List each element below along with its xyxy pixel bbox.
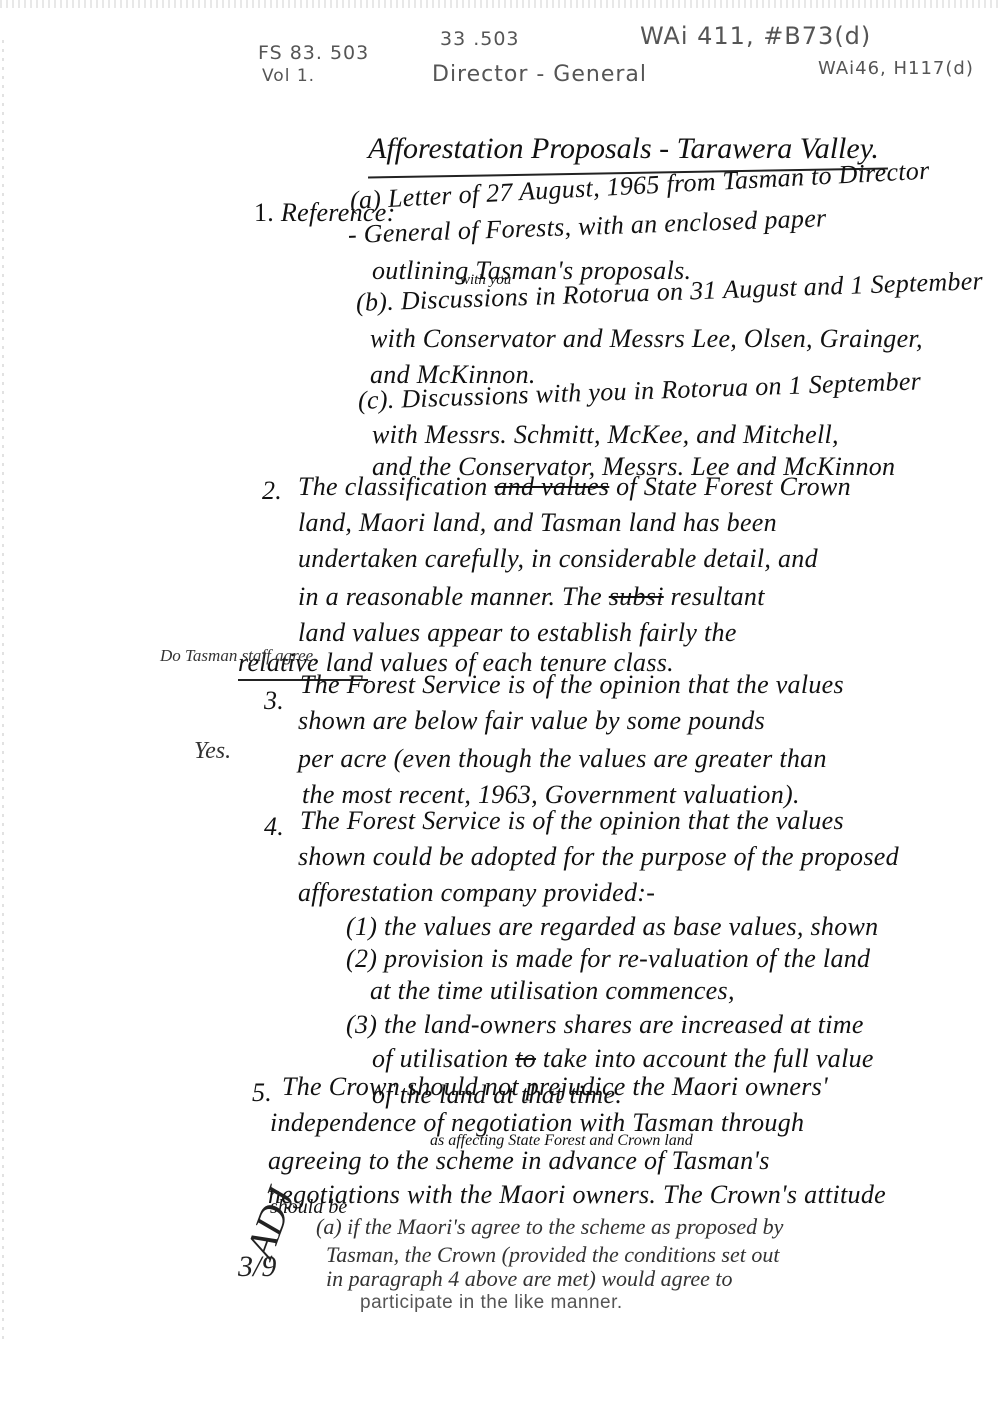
p4-item-3-line-1: (3) the land-owners shares are increased… <box>346 1010 864 1040</box>
archive-ref-2: WAi46, H117(d) <box>818 58 974 79</box>
paragraph-number: 3. <box>264 686 284 716</box>
initials-date: 3/9 <box>238 1250 276 1284</box>
reference-c-line-2: with Messrs. Schmitt, McKee, and Mitchel… <box>372 420 839 450</box>
margin-note-yes: Yes. <box>194 738 231 765</box>
p2-line-4-a: in a reasonable manner. The <box>298 582 602 611</box>
p5-sub-line-4: participate in the like manner. <box>360 1292 623 1314</box>
paragraph-number: 2. <box>262 476 282 506</box>
p4-item-2-line-2: at the time utilisation commences, <box>370 976 735 1006</box>
file-ref-left: FS 83. 503 <box>258 42 369 64</box>
p5-line-4: negotiations with the Maori owners. The … <box>268 1180 886 1210</box>
p2-line-2: land, Maori land, and Tasman land has be… <box>298 508 777 538</box>
p4-item-1: (1) the values are regarded as base valu… <box>346 912 878 942</box>
p4-line-3: afforestation company provided:- <box>298 878 655 908</box>
p4-struck-text: to <box>515 1044 536 1073</box>
volume-label: Vol 1. <box>262 66 315 86</box>
p2-line-5: land values appear to establish fairly t… <box>298 618 737 648</box>
p2-line-1-a: The classification <box>298 472 488 501</box>
p5-sub-line-1: (a) if the Maori's agree to the scheme a… <box>316 1214 783 1240</box>
p2-line-4-b: resultant <box>671 582 765 611</box>
archive-ref-1: WAi 411, #B73(d) <box>640 22 871 50</box>
p3-line-1: The Forest Service is of the opinion tha… <box>300 670 844 700</box>
p2-line-3: undertaken carefully, in considerable de… <box>298 544 818 574</box>
p5-line-3: agreeing to the scheme in advance of Tas… <box>268 1146 770 1176</box>
paragraph-number: 5. <box>252 1078 272 1108</box>
paragraph-number: 1. <box>254 198 274 227</box>
p4-line-1: The Forest Service is of the opinion tha… <box>300 806 844 836</box>
scan-edge-artifact <box>0 0 1000 8</box>
paragraph-number: 4. <box>264 812 284 842</box>
reference-b-line-2: with Conservator and Messrs Lee, Olsen, … <box>370 324 923 354</box>
file-ref-center: 33 .503 <box>440 28 520 50</box>
scan-left-edge-artifact <box>2 40 4 1340</box>
p2-struck-text-2: subsi <box>609 582 664 611</box>
p3-line-2: shown are below fair value by some pound… <box>298 706 765 736</box>
addressee: Director - General <box>432 62 647 87</box>
margin-note-query: Do Tasman staff agree. <box>160 646 317 666</box>
document-title: Afforestation Proposals - Tarawera Valle… <box>368 132 879 166</box>
p2-line-1-b: of State Forest Crown <box>616 472 851 501</box>
p4-line-2: shown could be adopted for the purpose o… <box>298 842 899 872</box>
p4-item-2-line-1: (2) provision is made for re-valuation o… <box>346 944 870 974</box>
p2-struck-text: and values <box>494 472 609 501</box>
p4-item-3-line-2-b: take into account the full value <box>543 1044 874 1073</box>
p4-item-3-line-2-a: of utilisation <box>372 1044 508 1073</box>
p5-line-1: The Crown should not prejudice the Maori… <box>282 1072 828 1102</box>
p3-line-3: per acre (even though the values are gre… <box>298 744 827 774</box>
p5-sub-line-2: Tasman, the Crown (provided the conditio… <box>326 1242 779 1268</box>
p5-sub-line-3: in paragraph 4 above are met) would agre… <box>326 1266 733 1292</box>
